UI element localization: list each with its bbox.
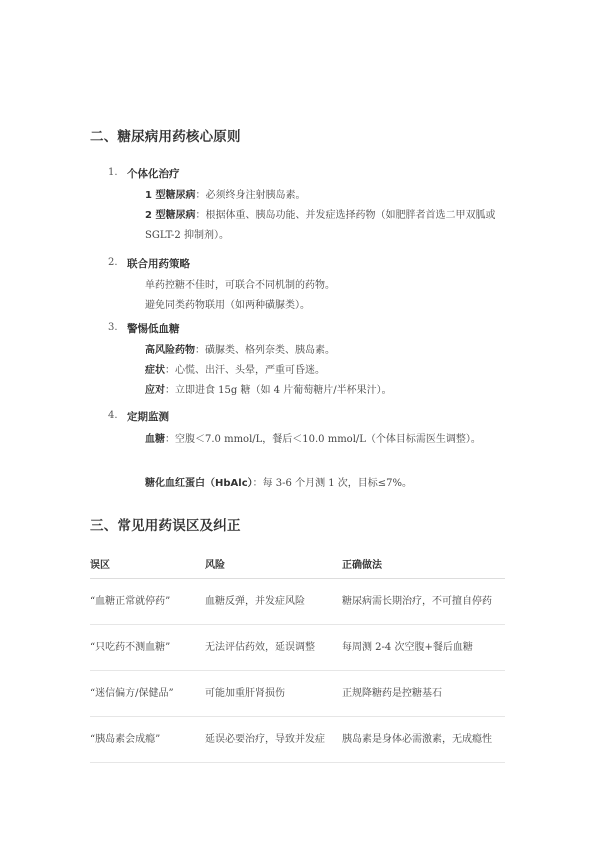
sub-item-type1: 1 型糖尿病：必须终身注射胰岛素。 [145,186,507,206]
sub-item-type2: 2 型糖尿病：根据体重、胰岛功能、并发症选择药物（如肥胖者首选二甲双胍或 SGL… [145,206,507,246]
sub-label: 血糖 [145,434,165,445]
sub-text: 避免同类药物联用（如两种磺脲类）。 [145,300,310,311]
sub-text: 空腹＜7.0 mmol/L，餐后＜10.0 mmol/L（个体目标需医生调整）。 [175,434,481,445]
sub-label: 症状 [145,365,165,376]
sub-item-combination: 单药控糖不佳时，可联合不同机制的药物。 [145,276,507,296]
column-header-misconception: 误区 [90,556,205,571]
sub-item-response: 应对：立即进食 15g 糖（如 4 片葡萄糖片/半杯果汁）。 [145,381,507,401]
list-title-individualized-treatment: 个体化治疗 [127,166,180,181]
list-number-3: 3. [108,322,118,333]
sub-text: 立即进食 15g 糖（如 4 片葡萄糖片/半杯果汁）。 [175,385,392,396]
cell-misconception: “迷信偏方/保健品” [90,687,205,701]
cell-risk: 血糖反弹，并发症风险 [205,595,342,609]
sub-item-symptoms: 症状：心慌、出汗、头晕，严重可昏迷。 [145,361,507,381]
sub-sep: ： [165,365,175,376]
sub-item-avoid-same-class: 避免同类药物联用（如两种磺脲类）。 [145,296,507,316]
section-heading-misconceptions: 三、常见用药误区及纠正 [90,514,241,534]
column-header-correct-practice: 正确做法 [342,556,505,571]
table-header-row: 误区 风险 正确做法 [90,549,505,579]
sub-sep: ： [195,190,205,201]
sub-label: 2 型糖尿病 [145,210,195,221]
sub-text: 磺脲类、格列奈类、胰岛素。 [205,345,335,356]
sub-label: 糖化血红蛋白（HbAlc） [145,478,253,489]
misconceptions-table: 误区 风险 正确做法 “血糖正常就停药” 血糖反弹，并发症风险 糖尿病需长期治疗… [90,549,505,763]
document-page: 二、糖尿病用药核心原则 1. 个体化治疗 1 型糖尿病：必须终身注射胰岛素。 2… [0,0,595,841]
cell-misconception: “胰岛素会成瘾” [90,733,205,747]
list-number-2: 2. [108,257,118,268]
sub-sep: ： [253,478,263,489]
list-title-monitoring: 定期监测 [127,409,169,424]
cell-misconception: “只吃药不测血糖” [90,641,205,655]
list-number-1: 1. [108,167,118,178]
table-row: “胰岛素会成瘾” 延误必要治疗，导致并发症 胰岛素是身体必需激素，无成瘾性 [90,717,505,763]
sub-sep: ： [165,385,175,396]
sub-text: 每 3-6 个月测 1 次，目标≤7%。 [263,478,412,489]
sub-label: 高风险药物 [145,345,195,356]
sub-sep: ： [195,345,205,356]
sub-text: 必须终身注射胰岛素。 [205,190,305,201]
section-heading-principles: 二、糖尿病用药核心原则 [90,125,241,145]
cell-correct-practice: 胰岛素是身体必需激素，无成瘾性 [342,733,505,747]
sub-sep: ： [195,210,205,221]
cell-risk: 可能加重肝肾损伤 [205,687,342,701]
cell-correct-practice: 糖尿病需长期治疗，不可擅自停药 [342,595,505,609]
table-row: “只吃药不测血糖” 无法评估药效，延误调整 每周测 2-4 次空腹+餐后血糖 [90,625,505,671]
sub-item-hba1c: 糖化血红蛋白（HbAlc）：每 3-6 个月测 1 次，目标≤7%。 [145,474,507,494]
list-title-combination-strategy: 联合用药策略 [127,256,190,271]
list-title-hypoglycemia: 警惕低血糖 [127,321,180,336]
cell-risk: 延误必要治疗，导致并发症 [205,733,342,747]
sub-sep: ： [165,434,175,445]
sub-text: 心慌、出汗、头晕，严重可昏迷。 [175,365,325,376]
cell-correct-practice: 每周测 2-4 次空腹+餐后血糖 [342,641,505,655]
table-row: “血糖正常就停药” 血糖反弹，并发症风险 糖尿病需长期治疗，不可擅自停药 [90,579,505,625]
table-row: “迷信偏方/保健品” 可能加重肝肾损伤 正规降糖药是控糖基石 [90,671,505,717]
cell-misconception: “血糖正常就停药” [90,595,205,609]
sub-item-blood-glucose: 血糖：空腹＜7.0 mmol/L，餐后＜10.0 mmol/L（个体目标需医生调… [145,430,507,450]
cell-correct-practice: 正规降糖药是控糖基石 [342,687,505,701]
sub-label: 应对 [145,385,165,396]
list-number-4: 4. [108,410,118,421]
sub-label: 1 型糖尿病 [145,190,195,201]
column-header-risk: 风险 [205,556,342,571]
cell-risk: 无法评估药效，延误调整 [205,641,342,655]
sub-text: 单药控糖不佳时，可联合不同机制的药物。 [145,280,335,291]
sub-item-high-risk-drugs: 高风险药物：磺脲类、格列奈类、胰岛素。 [145,341,507,361]
